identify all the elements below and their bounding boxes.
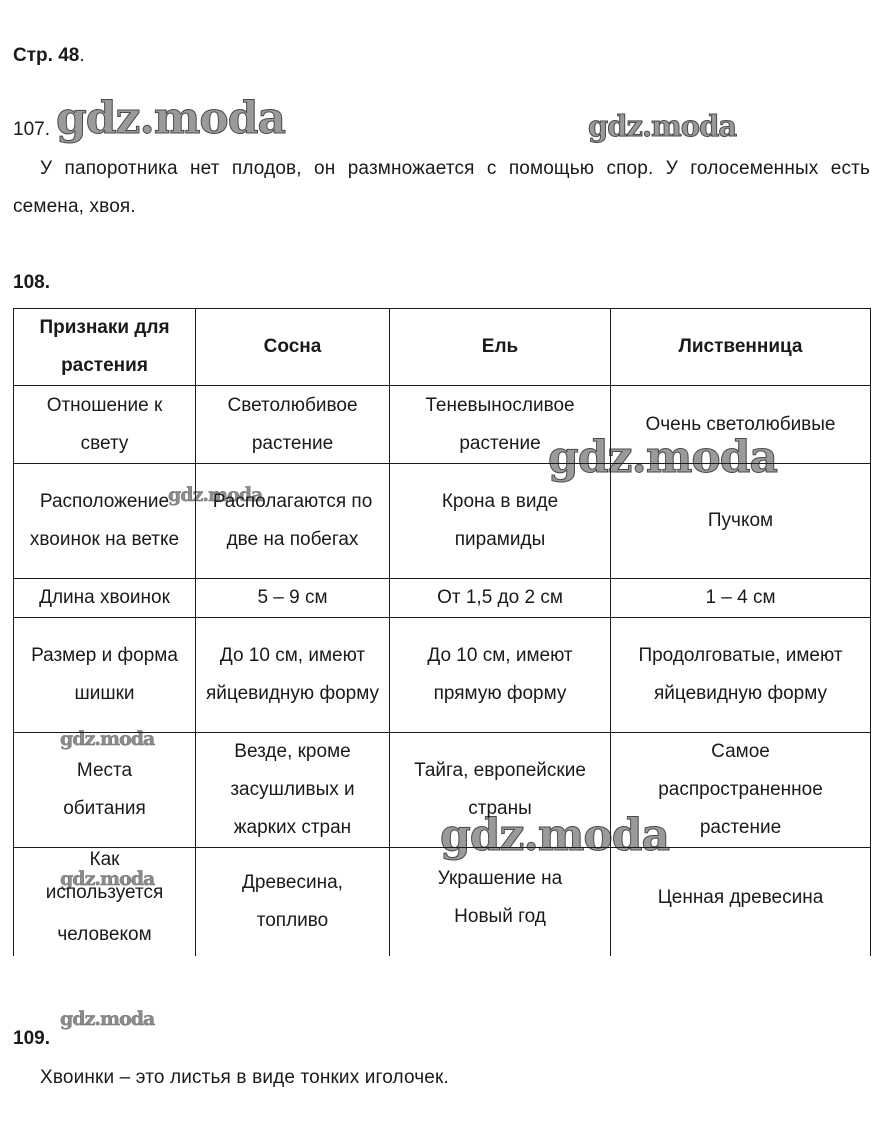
table-row: Размер и форма шишки До 10 см, имеют яйц…: [14, 618, 871, 733]
page-reference-dot: .: [79, 45, 84, 66]
cell-spruce: От 1,5 до 2 см: [390, 579, 611, 618]
cell-feature: Длина хвоинок: [14, 579, 196, 618]
cell-spruce: Теневыносливое растение: [390, 386, 611, 464]
cell-larch: 1 – 4 см: [611, 579, 871, 618]
task-109-text: Хвоинки – это листья в виде тонких иголо…: [40, 1059, 449, 1097]
cell-feature-line-3: человеком: [14, 916, 195, 954]
header-features: Признаки для растения: [14, 309, 196, 386]
cell-feature: Как используется человеком: [14, 848, 196, 956]
watermark: gdz.moda: [588, 111, 736, 141]
cell-larch: Очень светолюбивые: [611, 386, 871, 464]
page-reference-label: Стр. 48: [13, 45, 79, 66]
task-107-number: 107.: [13, 118, 50, 142]
cell-feature-line-1: Как: [14, 850, 195, 870]
cell-larch: Пучком: [611, 464, 871, 579]
cell-pine: 5 – 9 см: [196, 579, 390, 618]
table-row: Расположение хвоинок на ветке Располагаю…: [14, 464, 871, 579]
task-107-text: У папоротника нет плодов, он размножаетс…: [13, 150, 870, 226]
cell-larch: Ценная древесина: [611, 848, 871, 956]
cell-pine: Везде, кроме засушливых и жарких стран: [196, 733, 390, 848]
watermark: gdz.moda: [60, 1009, 154, 1029]
cell-feature-line-2: используется: [14, 870, 195, 916]
cell-pine: Светолюбивое растение: [196, 386, 390, 464]
table-row: Как используется человеком Древесина, то…: [14, 848, 871, 956]
cell-spruce: Тайга, европейские страны: [390, 733, 611, 848]
cell-spruce: Крона в виде пирамиды: [390, 464, 611, 579]
cell-feature: Отношение к свету: [14, 386, 196, 464]
table-row: Длина хвоинок 5 – 9 см От 1,5 до 2 см 1 …: [14, 579, 871, 618]
cell-spruce: Украшение на Новый год: [390, 848, 611, 956]
task-109-number: 109.: [13, 1027, 50, 1051]
cell-larch: Самое распространенное растение: [611, 733, 871, 848]
cell-feature: Места обитания: [14, 733, 196, 848]
watermark: gdz.moda: [56, 97, 285, 141]
cell-larch: Продолговатые, имеют яйцевидную форму: [611, 618, 871, 733]
cell-feature: Расположение хвоинок на ветке: [14, 464, 196, 579]
table-row: Места обитания Везде, кроме засушливых и…: [14, 733, 871, 848]
header-pine: Сосна: [196, 309, 390, 386]
cell-pine: До 10 см, имеют яйцевидную форму: [196, 618, 390, 733]
header-spruce: Ель: [390, 309, 611, 386]
table-row: Отношение к свету Светолюбивое растение …: [14, 386, 871, 464]
table-header-row: Признаки для растения Сосна Ель Лиственн…: [14, 309, 871, 386]
cell-feature: Размер и форма шишки: [14, 618, 196, 733]
cell-spruce: До 10 см, имеют прямую форму: [390, 618, 611, 733]
header-larch: Лиственница: [611, 309, 871, 386]
cell-pine: Древесина, топливо: [196, 848, 390, 956]
conifer-comparison-table: Признаки для растения Сосна Ель Лиственн…: [13, 308, 871, 956]
cell-pine: Располагаются по две на побегах: [196, 464, 390, 579]
page-reference: Стр. 48.: [13, 44, 85, 68]
task-108-number: 108.: [13, 271, 50, 295]
